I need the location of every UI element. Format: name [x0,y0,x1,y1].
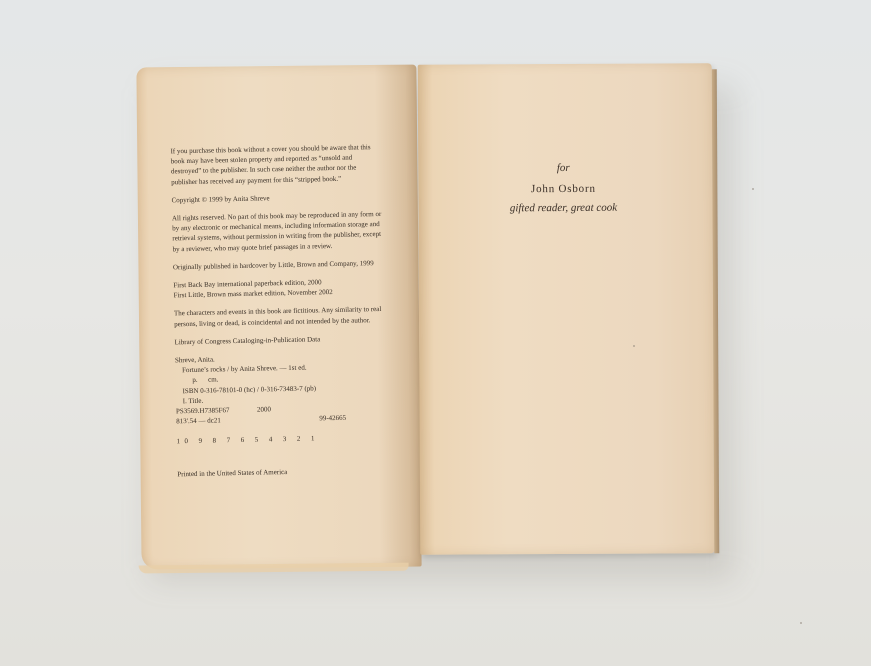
right-page-dedication: for John Osborn gifted reader, great coo… [418,63,715,555]
dedication-for: for [418,161,708,175]
cip-heading: Library of Congress Cataloging-in-Public… [174,332,414,347]
printing-line: 10 9 8 7 6 5 4 3 2 1 [177,432,417,447]
fiction-disclaimer: The characters and events in this book a… [174,304,414,329]
copyright-text-block: If you purchase this book without a cove… [170,141,417,487]
dedication-description: gifted reader, great cook [418,201,708,215]
page-speck [633,345,635,347]
cip-data: Shreve, Anita. Fortune’s rocks / by Anit… [175,350,416,426]
left-page-copyright: If you purchase this book without a cove… [136,65,421,570]
stripped-book-notice: If you purchase this book without a cove… [170,141,411,187]
printed-in: Printed in the United States of America [177,464,417,479]
cip-lccn: 99-42665 [319,413,346,424]
dedication-name: John Osborn [418,182,708,196]
cip-dewey: 813'.54 — dc21 [176,416,221,427]
rights-reserved-notice: All rights reserved. No part of this boo… [172,208,413,254]
cip-lc-year: 2000 [257,404,271,414]
cip-lc-class: PS3569.H7385F67 [176,405,230,416]
edition-history: First Back Bay international paperback e… [173,275,413,300]
surface-speck [800,622,802,624]
surface-speck [752,188,754,190]
dedication: for John Osborn gifted reader, great coo… [418,161,708,215]
cip-dewey-row: 813'.54 — dc21 99-42665 [176,413,346,427]
copyright-line: Copyright © 1999 by Anita Shreve [171,190,411,205]
original-publication: Originally published in hardcover by Lit… [173,257,413,272]
cip-lc-row: PS3569.H7385F67 2000 [176,404,271,416]
